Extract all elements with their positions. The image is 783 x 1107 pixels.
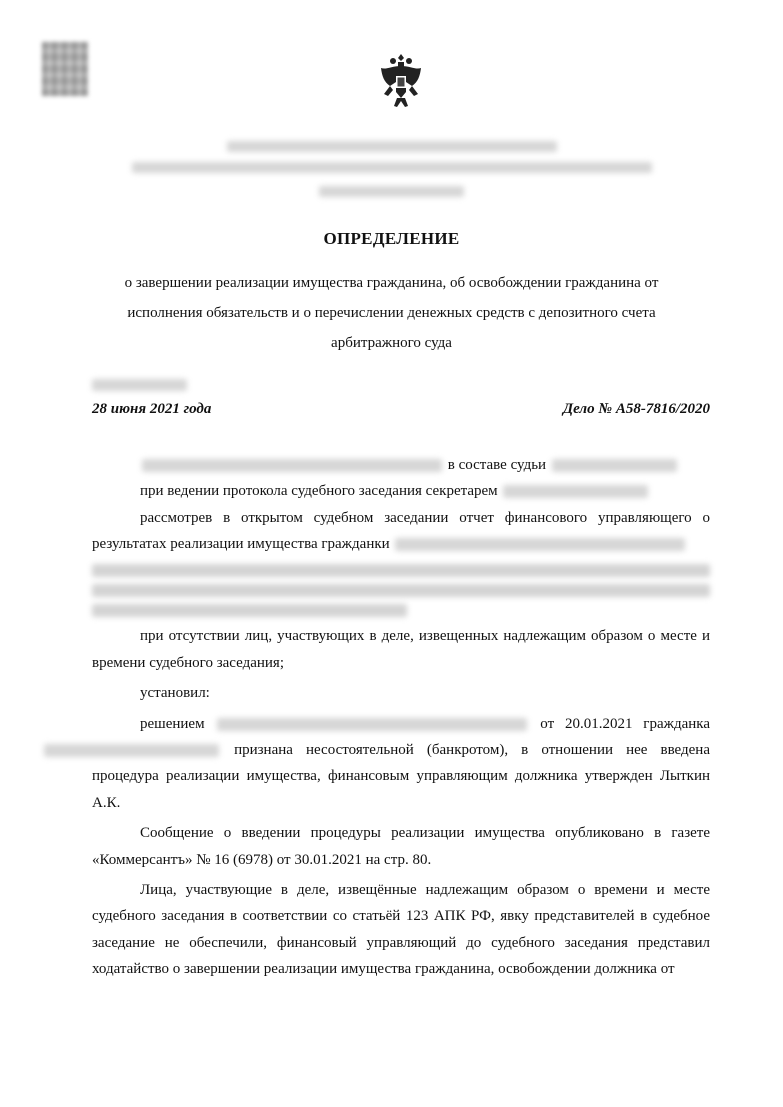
coat-of-arms-icon [378, 52, 424, 110]
paragraph-court-composition: в составе судьи [92, 452, 710, 478]
paragraph-absence: при отсутствии лиц, участвующих в деле, … [92, 623, 710, 676]
document-date: 28 июня 2021 года [92, 401, 211, 418]
document-body: в составе судьи при ведении протокола су… [92, 452, 710, 983]
document-place [92, 376, 187, 394]
paragraph-considered: рассмотрев в открытом судебном заседании… [92, 505, 710, 558]
court-address [0, 158, 783, 176]
paragraph-publication: Сообщение о введении процедуры реализаци… [92, 820, 710, 873]
document-subtitle: о завершении реализации имущества гражда… [90, 268, 693, 358]
redacted-court [142, 459, 442, 472]
redacted-secretary [503, 485, 648, 498]
paragraph-participants: Лица, участвующие в деле, извещённые над… [92, 877, 710, 983]
qr-code [42, 42, 88, 96]
court-name [0, 137, 783, 155]
document-title: ОПРЕДЕЛЕНИЕ [0, 229, 783, 249]
court-website [0, 182, 783, 200]
paragraph-secretary: при ведении протокола судебного заседани… [92, 478, 710, 504]
redacted-judge [552, 459, 677, 472]
redacted-debtor-info [395, 538, 685, 551]
document-page: ОПРЕДЕЛЕНИЕ о завершении реализации имущ… [0, 0, 783, 1107]
redacted-court-decision [217, 718, 527, 731]
redacted-debtor-details [92, 564, 710, 616]
paragraph-decision: решением от 20.01.2021 гражданка признан… [92, 711, 710, 817]
paragraph-established: установил: [92, 680, 710, 706]
redacted-debtor-name [44, 744, 219, 757]
case-number: Дело № А58-7816/2020 [563, 401, 710, 418]
